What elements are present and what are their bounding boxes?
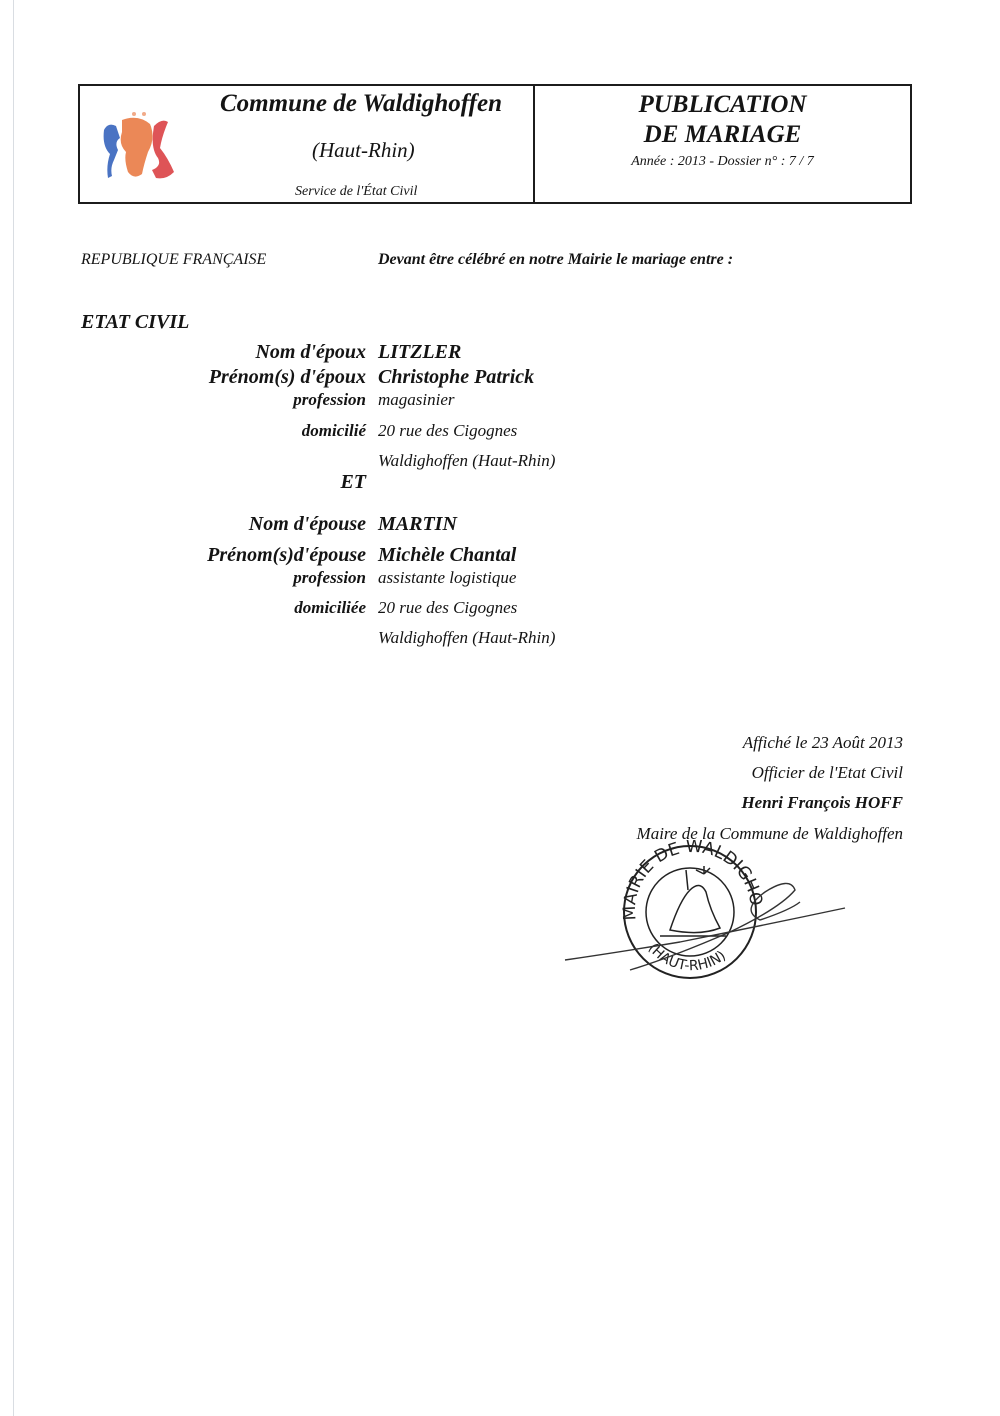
epoux-prenoms: Christophe Patrick [378, 366, 534, 389]
epoux-profession: magasinier [378, 390, 455, 410]
document-title: PUBLICATION DE MARIAGE [535, 90, 910, 150]
epoux-domicile-line1: 20 rue des Cigognes [378, 421, 517, 441]
posting-date: Affiché le 23 Août 2013 [743, 733, 903, 753]
epouse-nom-label: Nom d'épouse [249, 513, 366, 536]
epouse-domicile-label: domiciliée [294, 598, 366, 618]
epouse-profession: assistante logistique [378, 568, 516, 588]
republique-label: REPUBLIQUE FRANÇAISE [81, 251, 266, 269]
section-title: ETAT CIVIL [81, 311, 189, 334]
epoux-nom: LITZLER [378, 341, 461, 364]
epoux-nom-label: Nom d'époux [255, 341, 366, 364]
scan-edge-line [13, 0, 14, 1416]
document-title-line1: PUBLICATION [535, 90, 910, 120]
commune-service: Service de l'État Civil [295, 184, 417, 200]
epouse-prenoms: Michèle Chantal [378, 544, 516, 567]
officer-title: Officier de l'Etat Civil [752, 763, 903, 783]
svg-text:MAIRIE DE WALDIGHOFFEN: MAIRIE DE WALDIGHOFFEN [560, 840, 766, 921]
epouse-domicile-line2: Waldighoffen (Haut-Rhin) [378, 628, 555, 648]
epoux-domicile-line2: Waldighoffen (Haut-Rhin) [378, 451, 555, 471]
epoux-profession-label: profession [293, 390, 366, 410]
header-box: Commune de Waldighoffen (Haut-Rhin) Serv… [78, 84, 912, 204]
commune-name: Commune de Waldighoffen [220, 90, 502, 118]
epoux-prenoms-label: Prénom(s) d'époux [209, 366, 366, 389]
document-title-line2: DE MARIAGE [535, 120, 910, 150]
document-title-block: PUBLICATION DE MARIAGE Année : 2013 - Do… [535, 86, 910, 202]
document-meta: Année : 2013 - Dossier n° : 7 / 7 [535, 154, 910, 170]
intro-statement: Devant être célébré en notre Mairie le m… [378, 251, 733, 269]
officer-name: Henri François HOFF [741, 793, 903, 813]
conjunction-et: ET [340, 471, 366, 494]
commune-header: Commune de Waldighoffen (Haut-Rhin) Serv… [80, 86, 535, 202]
commune-region: (Haut-Rhin) [312, 138, 415, 163]
epouse-nom: MARTIN [378, 513, 457, 536]
epouse-domicile-line1: 20 rue des Cigognes [378, 598, 517, 618]
marianne-logo-icon [96, 108, 180, 188]
epouse-profession-label: profession [293, 568, 366, 588]
official-seal-icon: MAIRIE DE WALDIGHOFFEN (HAUT-RHIN) [560, 840, 860, 980]
epouse-prenoms-label: Prénom(s)d'épouse [207, 544, 366, 567]
epoux-domicile-label: domicilié [302, 421, 366, 441]
seal-top-text: MAIRIE DE WALDIGHOFFEN [560, 840, 766, 921]
